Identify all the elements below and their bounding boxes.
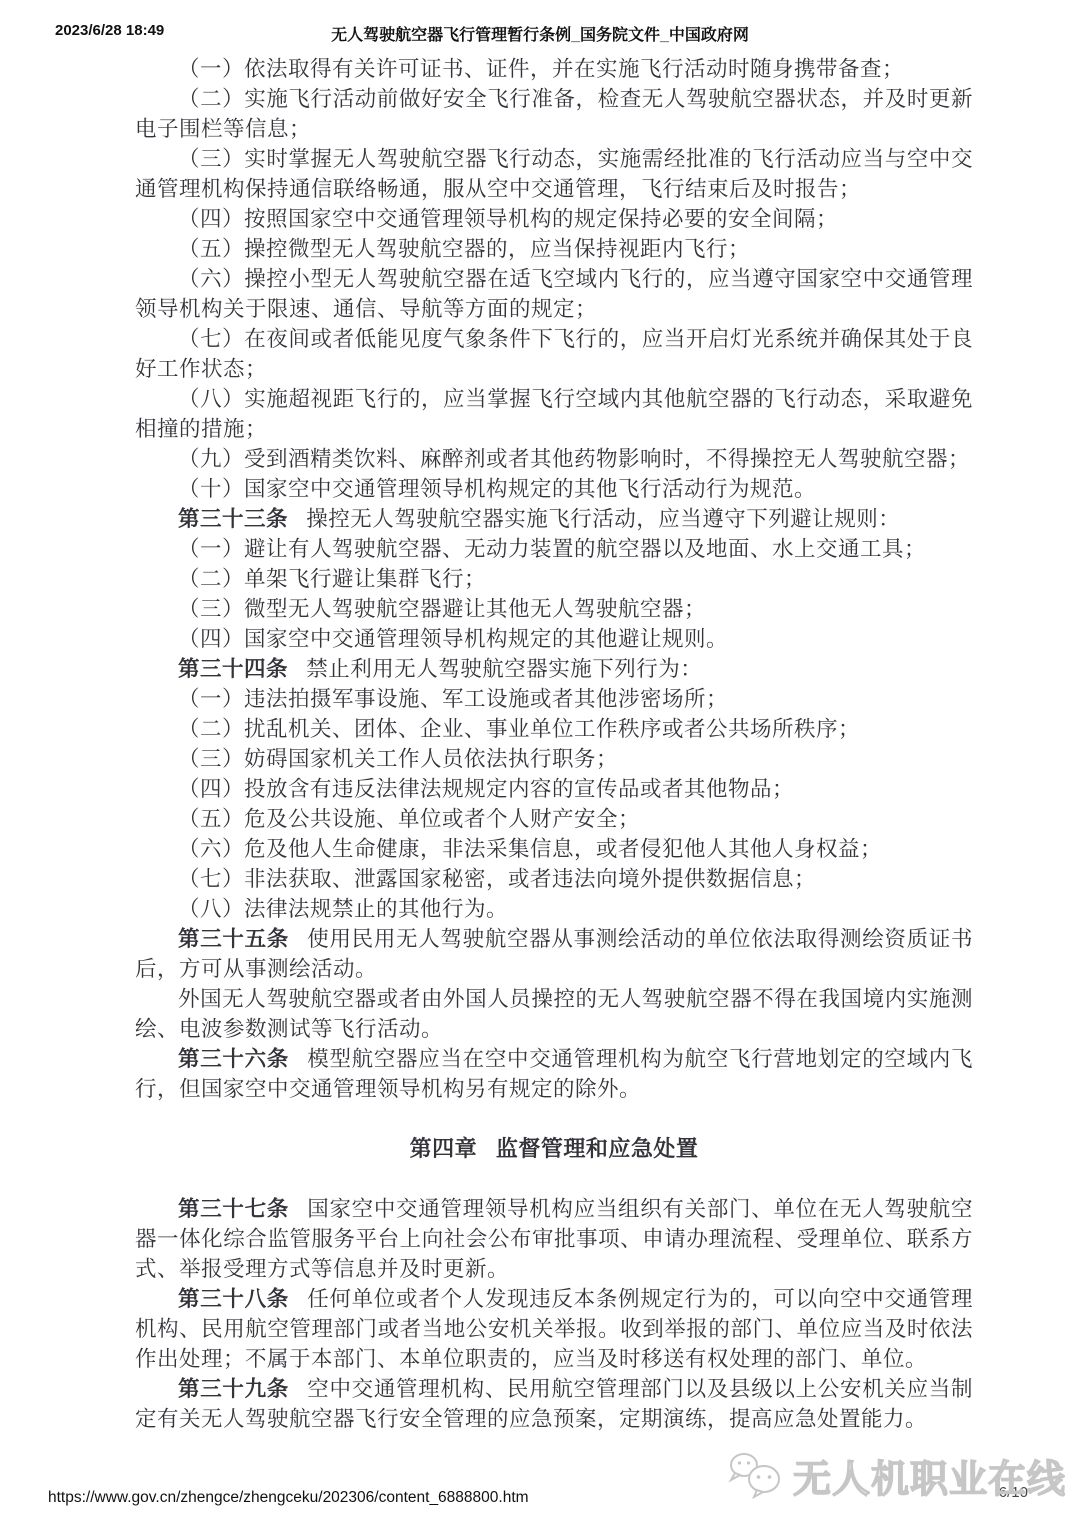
article-paragraph: 第三十七条国家空中交通管理领导机构应当组织有关部门、单位在无人驾驶航空器一体化综… [135, 1194, 973, 1284]
paragraph-text: （八）法律法规禁止的其他行为。 [178, 897, 508, 921]
body-paragraph: （八）实施超视距飞行的，应当掌握飞行空域内其他航空器的飞行动态，采取避免相撞的措… [135, 384, 973, 444]
article-paragraph: 第三十三条操控无人驾驶航空器实施飞行活动，应当遵守下列避让规则： [135, 504, 973, 534]
paragraph-text: （七）在夜间或者低能见度气象条件下飞行的，应当开启灯光系统并确保其处于良好工作状… [135, 327, 973, 381]
article-number: 第三十四条 [178, 657, 288, 681]
body-paragraph: （七）非法获取、泄露国家秘密，或者违法向境外提供数据信息； [135, 864, 973, 894]
article-paragraph: 第三十八条任何单位或者个人发现违反本条例规定行为的，可以向空中交通管理机构、民用… [135, 1284, 973, 1374]
body-paragraph: （五）危及公共设施、单位或者个人财产安全； [135, 804, 973, 834]
body-paragraph: （八）法律法规禁止的其他行为。 [135, 894, 973, 924]
body-paragraph: （一）违法拍摄军事设施、军工设施或者其他涉密场所； [135, 684, 973, 714]
article-number: 第三十八条 [178, 1287, 289, 1311]
article-paragraph: 第三十五条使用民用无人驾驶航空器从事测绘活动的单位依法取得测绘资质证书后，方可从… [135, 924, 973, 984]
paragraph-text: （一）依法取得有关许可证书、证件，并在实施飞行活动时随身携带备查； [178, 57, 904, 81]
body-paragraph: （四）按照国家空中交通管理领导机构的规定保持必要的安全间隔； [135, 204, 973, 234]
article-paragraph: 第三十四条禁止利用无人驾驶航空器实施下列行为： [135, 654, 973, 684]
body-paragraph: （四）投放含有违反法律法规规定内容的宣传品或者其他物品； [135, 774, 973, 804]
body-paragraph: （三）实时掌握无人驾驶航空器飞行动态，实施需经批准的飞行活动应当与空中交通管理机… [135, 144, 973, 204]
paragraph-text: 禁止利用无人驾驶航空器实施下列行为： [306, 657, 702, 681]
body-paragraph: 外国无人驾驶航空器或者由外国人员操控的无人驾驶航空器不得在我国境内实施测绘、电波… [135, 984, 973, 1044]
article-paragraph: 第三十六条模型航空器应当在空中交通管理机构为航空飞行营地划定的空域内飞行，但国家… [135, 1044, 973, 1104]
body-paragraph: （四）国家空中交通管理领导机构规定的其他避让规则。 [135, 624, 973, 654]
paragraph-text: （三）妨碍国家机关工作人员依法执行职务； [178, 747, 618, 771]
body-paragraph: （六）危及他人生命健康，非法采集信息，或者侵犯他人其他人身权益； [135, 834, 973, 864]
page-number: 6/10 [999, 1484, 1028, 1501]
article-number: 第三十七条 [178, 1197, 289, 1221]
article-number: 第三十三条 [178, 507, 288, 531]
chapter-number: 第四章 [410, 1136, 478, 1161]
body-paragraph: （七）在夜间或者低能见度气象条件下飞行的，应当开启灯光系统并确保其处于良好工作状… [135, 324, 973, 384]
body-paragraph: （一）依法取得有关许可证书、证件，并在实施飞行活动时随身携带备查； [135, 54, 973, 84]
paragraph-text: （三）微型无人驾驶航空器避让其他无人驾驶航空器； [178, 597, 706, 621]
document-page: 2023/6/28 18:49 无人驾驶航空器飞行管理暂行条例_国务院文件_中国… [0, 0, 1080, 1527]
paragraph-text: （三）实时掌握无人驾驶航空器飞行动态，实施需经批准的飞行活动应当与空中交通管理机… [135, 147, 973, 201]
body-paragraph: （六）操控小型无人驾驶航空器在适飞空域内飞行的，应当遵守国家空中交通管理领导机构… [135, 264, 973, 324]
paragraph-text: 外国无人驾驶航空器或者由外国人员操控的无人驾驶航空器不得在我国境内实施测绘、电波… [135, 987, 973, 1041]
body-paragraph: （九）受到酒精类饮料、麻醉剂或者其他药物影响时，不得操控无人驾驶航空器； [135, 444, 973, 474]
article-number: 第三十六条 [178, 1047, 289, 1071]
paragraph-text: （七）非法获取、泄露国家秘密，或者违法向境外提供数据信息； [178, 867, 816, 891]
article-paragraph: 第三十九条空中交通管理机构、民用航空管理部门以及县级以上公安机关应当制定有关无人… [135, 1374, 973, 1434]
paragraph-text: （一）违法拍摄军事设施、军工设施或者其他涉密场所； [178, 687, 728, 711]
wechat-logo-icon [727, 1451, 785, 1501]
document-body: （一）依法取得有关许可证书、证件，并在实施飞行活动时随身携带备查；（二）实施飞行… [135, 54, 973, 1434]
paragraph-text: （四）按照国家空中交通管理领导机构的规定保持必要的安全间隔； [178, 207, 838, 231]
paragraph-text: 监督管理和应急处置 [496, 1136, 699, 1161]
article-number: 第三十九条 [178, 1377, 289, 1401]
paragraph-text: （五）危及公共设施、单位或者个人财产安全； [178, 807, 640, 831]
paragraph-text: （六）危及他人生命健康，非法采集信息，或者侵犯他人其他人身权益； [178, 837, 882, 861]
page-header: 2023/6/28 18:49 无人驾驶航空器飞行管理暂行条例_国务院文件_中国… [0, 22, 1080, 48]
page-title: 无人驾驶航空器飞行管理暂行条例_国务院文件_中国政府网 [0, 22, 1080, 45]
paragraph-text: （四）国家空中交通管理领导机构规定的其他避让规则。 [178, 627, 728, 651]
paragraph-text: （一）避让有人驾驶航空器、无动力装置的航空器以及地面、水上交通工具； [178, 537, 926, 561]
article-number: 第三十五条 [178, 927, 289, 951]
body-paragraph: （二）扰乱机关、团体、企业、事业单位工作秩序或者公共场所秩序； [135, 714, 973, 744]
paragraph-text: （二）扰乱机关、团体、企业、事业单位工作秩序或者公共场所秩序； [178, 717, 860, 741]
body-paragraph: （二）实施飞行活动前做好安全飞行准备，检查无人驾驶航空器状态，并及时更新电子围栏… [135, 84, 973, 144]
paragraph-text: （八）实施超视距飞行的，应当掌握飞行空域内其他航空器的飞行动态，采取避免相撞的措… [135, 387, 973, 441]
paragraph-text: （二）实施飞行活动前做好安全飞行准备，检查无人驾驶航空器状态，并及时更新电子围栏… [135, 87, 973, 141]
paragraph-text: （六）操控小型无人驾驶航空器在适飞空域内飞行的，应当遵守国家空中交通管理领导机构… [135, 267, 973, 321]
body-paragraph: （三）妨碍国家机关工作人员依法执行职务； [135, 744, 973, 774]
chapter-heading: 第四章监督管理和应急处置 [135, 1134, 973, 1164]
paragraph-text: （九）受到酒精类饮料、麻醉剂或者其他药物影响时，不得操控无人驾驶航空器； [178, 447, 970, 471]
paragraph-text: （二）单架飞行避让集群飞行； [178, 567, 486, 591]
body-paragraph: （十）国家空中交通管理领导机构规定的其他飞行活动行为规范。 [135, 474, 973, 504]
body-paragraph: （一）避让有人驾驶航空器、无动力装置的航空器以及地面、水上交通工具； [135, 534, 973, 564]
footer-url: https://www.gov.cn/zhengce/zhengceku/202… [48, 1489, 529, 1507]
body-paragraph: （三）微型无人驾驶航空器避让其他无人驾驶航空器； [135, 594, 973, 624]
body-paragraph: （二）单架飞行避让集群飞行； [135, 564, 973, 594]
paragraph-text: （十）国家空中交通管理领导机构规定的其他飞行活动行为规范。 [178, 477, 816, 501]
paragraph-text: （四）投放含有违反法律法规规定内容的宣传品或者其他物品； [178, 777, 794, 801]
paragraph-text: （五）操控微型无人驾驶航空器的，应当保持视距内飞行； [178, 237, 750, 261]
body-paragraph: （五）操控微型无人驾驶航空器的，应当保持视距内飞行； [135, 234, 973, 264]
paragraph-text: 操控无人驾驶航空器实施飞行活动，应当遵守下列避让规则： [306, 507, 900, 531]
